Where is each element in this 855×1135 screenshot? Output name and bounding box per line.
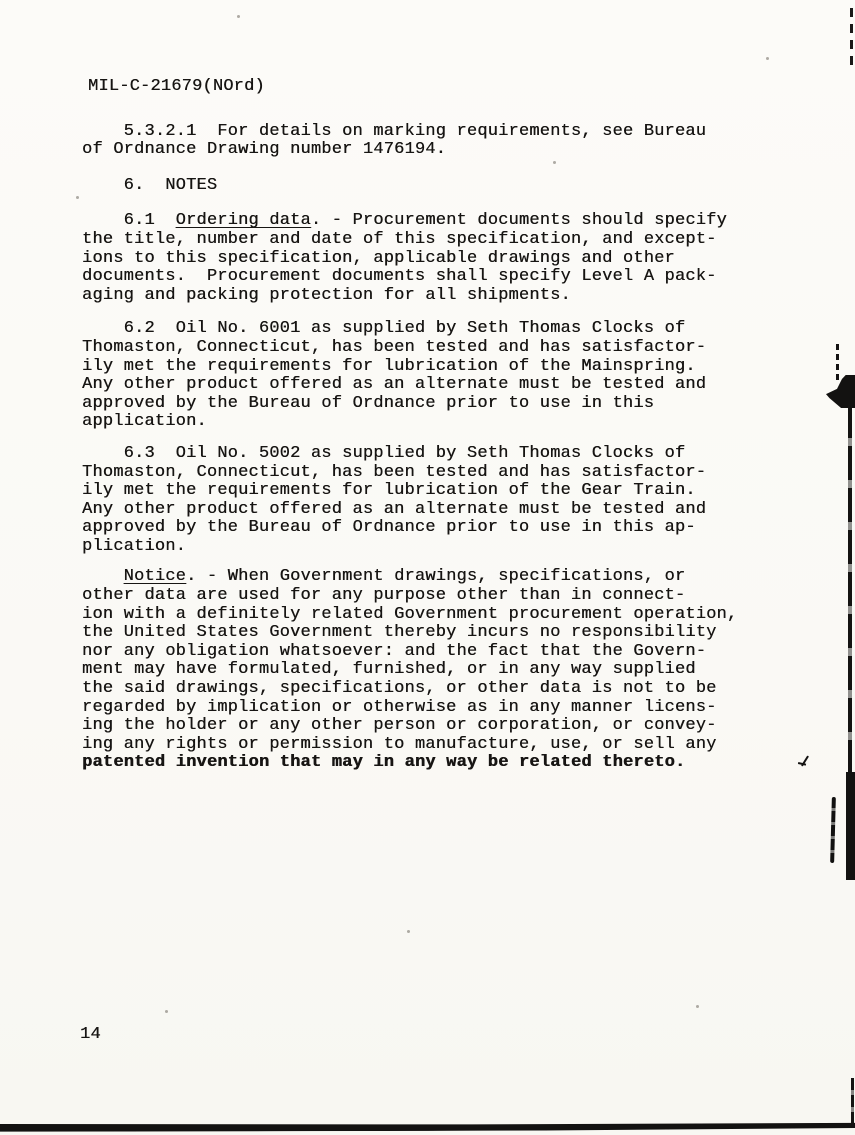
paragraph-notice-body: . - When Government drawings, specificat… (82, 567, 737, 753)
paper-speck (696, 1005, 699, 1008)
scan-artifact-right-edge-top (850, 8, 853, 72)
scan-artifact-bottom-right-corner (851, 1078, 854, 1126)
scan-artifact-right-dashes (836, 344, 839, 380)
paragraph-5-3-2-1: 5.3.2.1 For details on marking requireme… (82, 123, 790, 160)
paper-speck (553, 161, 556, 164)
paragraph-notice: Notice. - When Government drawings, spec… (82, 568, 790, 773)
paragraph-6-2-oil-6001: 6.2 Oil No. 6001 as supplied by Seth Tho… (82, 320, 790, 432)
paper-speck (76, 196, 79, 199)
scan-artifact-right-edge-thick (846, 772, 855, 880)
scan-artifact-bottom-bar (0, 1121, 855, 1132)
paragraph-6-1-ordering-data: 6.1 Ordering data. - Procurement documen… (82, 212, 790, 305)
document-id: MIL-C-21679(NOrd) (88, 78, 790, 97)
section-heading-notes: 6. NOTES (82, 177, 790, 196)
paragraph-notice-bold-line: patented invention that may in any way b… (82, 753, 685, 772)
paragraph-6-1-side-heading: Ordering data (176, 211, 311, 230)
paragraph-6-1-number: 6.1 (82, 211, 176, 230)
scan-artifact-pen-mark (801, 755, 809, 766)
paper-speck (165, 1010, 168, 1013)
paragraph-6-3-oil-5002: 6.3 Oil No. 5002 as supplied by Seth Tho… (82, 445, 790, 557)
paper-speck (237, 15, 240, 18)
document-page: MIL-C-21679(NOrd) 5.3.2.1 For details on… (0, 0, 855, 1135)
paper-speck (407, 930, 410, 933)
scan-artifact-vertical-scribble (830, 797, 836, 863)
page-number: 14 (80, 1026, 790, 1045)
paragraph-notice-side-heading: Notice (124, 567, 186, 586)
paper-speck (766, 57, 769, 60)
paragraph-notice-indent (82, 567, 124, 586)
document-text-column: MIL-C-21679(NOrd) 5.3.2.1 For details on… (0, 0, 790, 1045)
